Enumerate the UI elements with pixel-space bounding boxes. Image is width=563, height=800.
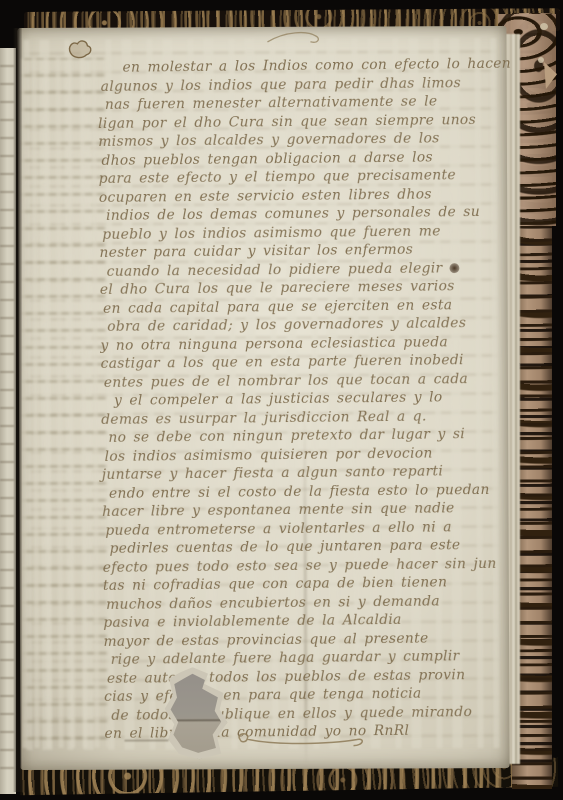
facing-page-ink-marks [0,58,14,778]
torn-hole-slit [170,719,222,721]
manuscript-page: en molestar a los Indios como con efecto… [17,26,509,770]
paper-speck [538,57,544,63]
gutter-shadow [13,28,22,792]
photo-frame: en molestar a los Indios como con efecto… [0,0,563,800]
pen-flourish-top [265,29,337,47]
ink-blot [449,263,459,273]
pen-flourish-end [226,729,376,752]
ink-doodle [66,38,94,62]
paper-crack [124,739,168,741]
paper-speck [540,23,548,30]
ink-showthrough-left-margin [20,58,109,748]
manuscript-text: en molestar a los Indios como con efecto… [97,55,516,744]
